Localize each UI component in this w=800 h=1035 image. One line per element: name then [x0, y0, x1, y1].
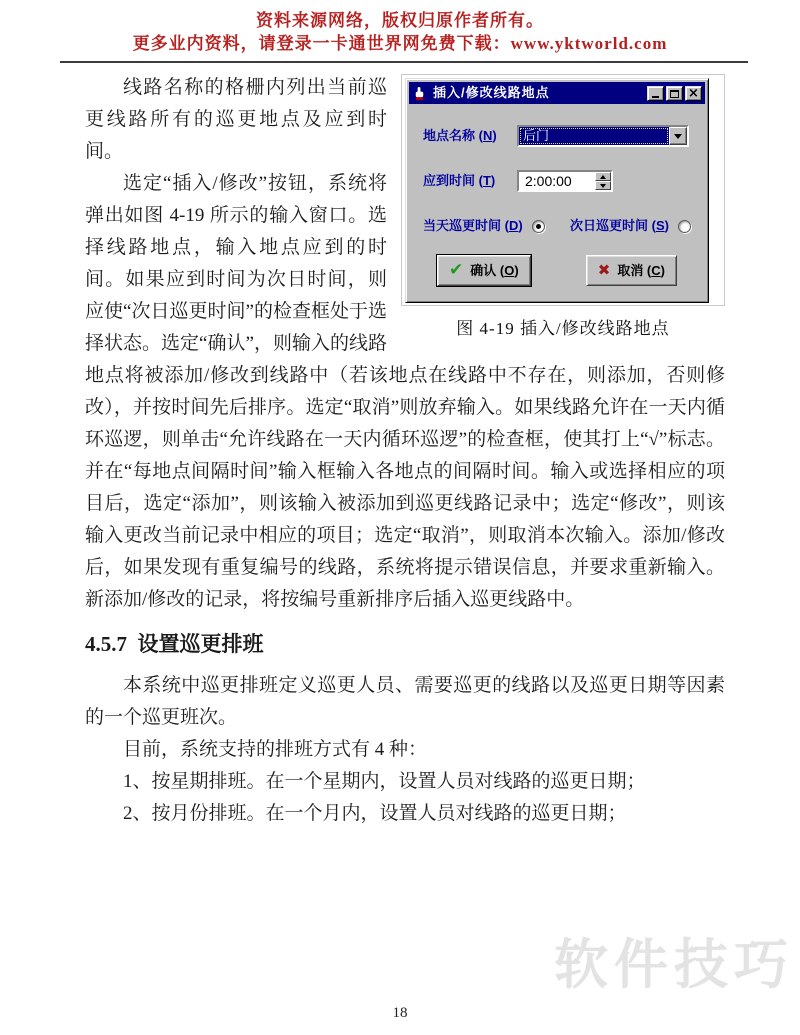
document-page: 资料来源网络，版权归原作者所有。 更多业内资料，请登录一卡通世界网免费下载：ww… — [0, 0, 800, 1035]
confirm-button[interactable]: ✔ 确认 (O) — [437, 255, 531, 286]
chevron-down-icon[interactable] — [669, 127, 687, 145]
place-name-combobox[interactable]: 后门 — [517, 125, 689, 147]
header-line-2-text: 更多业内资料，请登录一卡通世界网免费下载： — [133, 34, 511, 53]
dialog-button-row: ✔ 确认 (O) ✖ 取消 (C) — [409, 255, 705, 286]
same-day-patrol-label: 当天巡更时间 (D) — [423, 210, 523, 242]
insert-modify-point-dialog: 插入/修改线路地点 × 地点名称 (N) 后门 — [405, 78, 709, 303]
figure-4-19: 插入/修改线路地点 × 地点名称 (N) 后门 — [401, 74, 725, 345]
document-header: 资料来源网络，版权归原作者所有。 更多业内资料，请登录一卡通世界网免费下载：ww… — [0, 0, 800, 55]
list-item-2: 2、按月份排班。在一个月内，设置人员对线路的巡更日期； — [85, 798, 725, 830]
patrol-time-radio-row: 当天巡更时间 (D) 次日巡更时间 (S) — [409, 210, 705, 242]
dialog-body: 地点名称 (N) 后门 应到时间 (T) 2:00:00 — [409, 104, 705, 299]
header-line-1: 资料来源网络，版权归原作者所有。 — [0, 9, 800, 32]
arrive-time-row: 应到时间 (T) 2:00:00 — [423, 165, 705, 197]
dialog-titlebar[interactable]: 插入/修改线路地点 × — [409, 82, 705, 104]
watermark: 软件技巧 — [554, 922, 794, 999]
minimize-icon[interactable] — [647, 86, 664, 101]
close-icon[interactable]: × — [685, 86, 702, 101]
next-day-patrol-label: 次日巡更时间 (S) — [570, 210, 669, 242]
check-icon: ✔ — [449, 262, 463, 279]
header-line-2: 更多业内资料，请登录一卡通世界网免费下载：www.yktworld.com — [0, 32, 800, 55]
list-item-1: 1、按星期排班。在一个星期内，设置人员对线路的巡更日期； — [85, 766, 725, 798]
header-divider — [60, 61, 748, 63]
figure-caption: 图 4-19 插入/修改线路地点 — [401, 313, 725, 345]
header-url: www.yktworld.com — [511, 34, 668, 53]
place-name-row: 地点名称 (N) 后门 — [423, 120, 705, 152]
page-number: 18 — [0, 1005, 800, 1022]
arrive-time-value[interactable]: 2:00:00 — [519, 172, 595, 190]
arrive-time-label: 应到时间 (T) — [423, 165, 517, 197]
section-heading-4-5-7: 4.5.7 设置巡更排班 — [85, 628, 725, 660]
arrive-time-spinner[interactable]: 2:00:00 — [517, 170, 613, 192]
figure-frame: 插入/修改线路地点 × 地点名称 (N) 后门 — [401, 74, 725, 306]
dialog-title: 插入/修改线路地点 — [433, 77, 645, 109]
x-icon: ✖ — [598, 263, 611, 278]
paragraph-3: 本系统中巡更排班定义巡更人员、需要巡更的线路以及巡更日期等因素的一个巡更班次。 — [85, 670, 725, 734]
same-day-patrol-radio[interactable] — [532, 220, 545, 233]
place-name-label: 地点名称 (N) — [423, 120, 517, 152]
maximize-icon[interactable] — [666, 86, 683, 101]
spin-up-icon[interactable] — [595, 172, 611, 181]
cancel-button[interactable]: ✖ 取消 (C) — [586, 255, 677, 286]
paragraph-4: 目前，系统支持的排班方式有 4 种： — [85, 734, 725, 766]
next-day-patrol-option[interactable]: 次日巡更时间 (S) — [570, 210, 691, 242]
confirm-button-label: 确认 (O) — [470, 255, 518, 287]
same-day-patrol-option[interactable]: 当天巡更时间 (D) — [423, 210, 545, 242]
document-body: 插入/修改线路地点 × 地点名称 (N) 后门 — [85, 72, 725, 830]
place-name-value[interactable]: 后门 — [519, 127, 669, 145]
pointing-hand-icon — [412, 86, 427, 101]
spin-down-icon[interactable] — [595, 181, 611, 190]
next-day-patrol-radio[interactable] — [678, 220, 691, 233]
cancel-button-label: 取消 (C) — [617, 255, 665, 287]
